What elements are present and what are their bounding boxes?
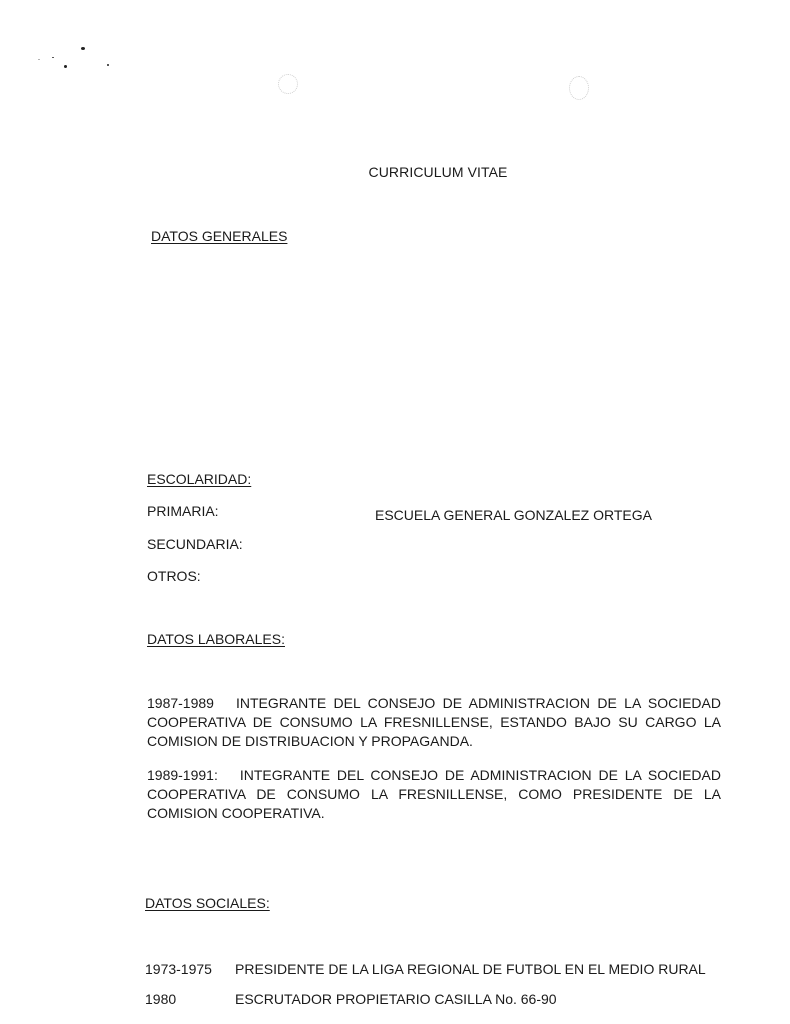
work-entry-text: INTEGRANTE DEL CONSEJO DE ADMINISTRACION… <box>147 695 721 749</box>
section-heading-datos-sociales: DATOS SOCIALES: <box>145 895 270 911</box>
social-entry-years: 1973-1975 <box>145 961 235 977</box>
work-entry-years: 1987-1989 <box>147 695 214 711</box>
social-entry-text: PRESIDENTE DE LA LIGA REGIONAL DE FUTBOL… <box>235 961 706 977</box>
social-entry: 1973-1975 PRESIDENTE DE LA LIGA REGIONAL… <box>145 961 706 977</box>
section-heading-datos-laborales: DATOS LABORALES: <box>147 631 285 647</box>
work-entry: 1989-1991:INTEGRANTE DEL CONSEJO DE ADMI… <box>147 766 721 823</box>
section-heading-datos-generales: DATOS GENERALES <box>151 228 287 244</box>
scan-speck <box>38 59 40 60</box>
faint-hole-punch-mark <box>278 74 298 94</box>
faint-hole-punch-mark <box>569 76 589 100</box>
scan-speck <box>107 64 109 66</box>
scan-speck <box>81 47 85 50</box>
scan-speck <box>52 57 54 58</box>
document-page: CURRICULUM VITAE DATOS GENERALES ESCOLAR… <box>0 0 790 1024</box>
social-entry-text: ESCRUTADOR PROPIETARIO CASILLA No. 66-90 <box>235 991 557 1007</box>
work-entry-text: INTEGRANTE DEL CONSEJO DE ADMINISTRACION… <box>147 767 721 821</box>
schooling-label-otros: OTROS: <box>147 568 201 584</box>
social-entry: 1980 ESCRUTADOR PROPIETARIO CASILLA No. … <box>145 991 557 1007</box>
scan-speck <box>64 65 67 68</box>
document-title: CURRICULUM VITAE <box>0 164 790 180</box>
work-entry-years: 1989-1991: <box>147 767 218 783</box>
schooling-label-primaria: PRIMARIA: <box>147 503 219 519</box>
schooling-value-primaria: ESCUELA GENERAL GONZALEZ ORTEGA <box>375 507 652 523</box>
social-entry-years: 1980 <box>145 991 235 1007</box>
schooling-label-secundaria: SECUNDARIA: <box>147 536 243 552</box>
section-heading-escolaridad: ESCOLARIDAD: <box>147 471 251 487</box>
work-entry: 1987-1989INTEGRANTE DEL CONSEJO DE ADMIN… <box>147 694 721 751</box>
